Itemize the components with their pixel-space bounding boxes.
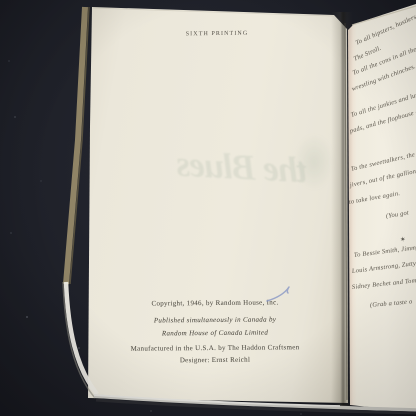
book-photo: SIXTH PRINTING the Blues Copyright, 1946… (0, 0, 416, 416)
photo-vignette (0, 0, 416, 416)
